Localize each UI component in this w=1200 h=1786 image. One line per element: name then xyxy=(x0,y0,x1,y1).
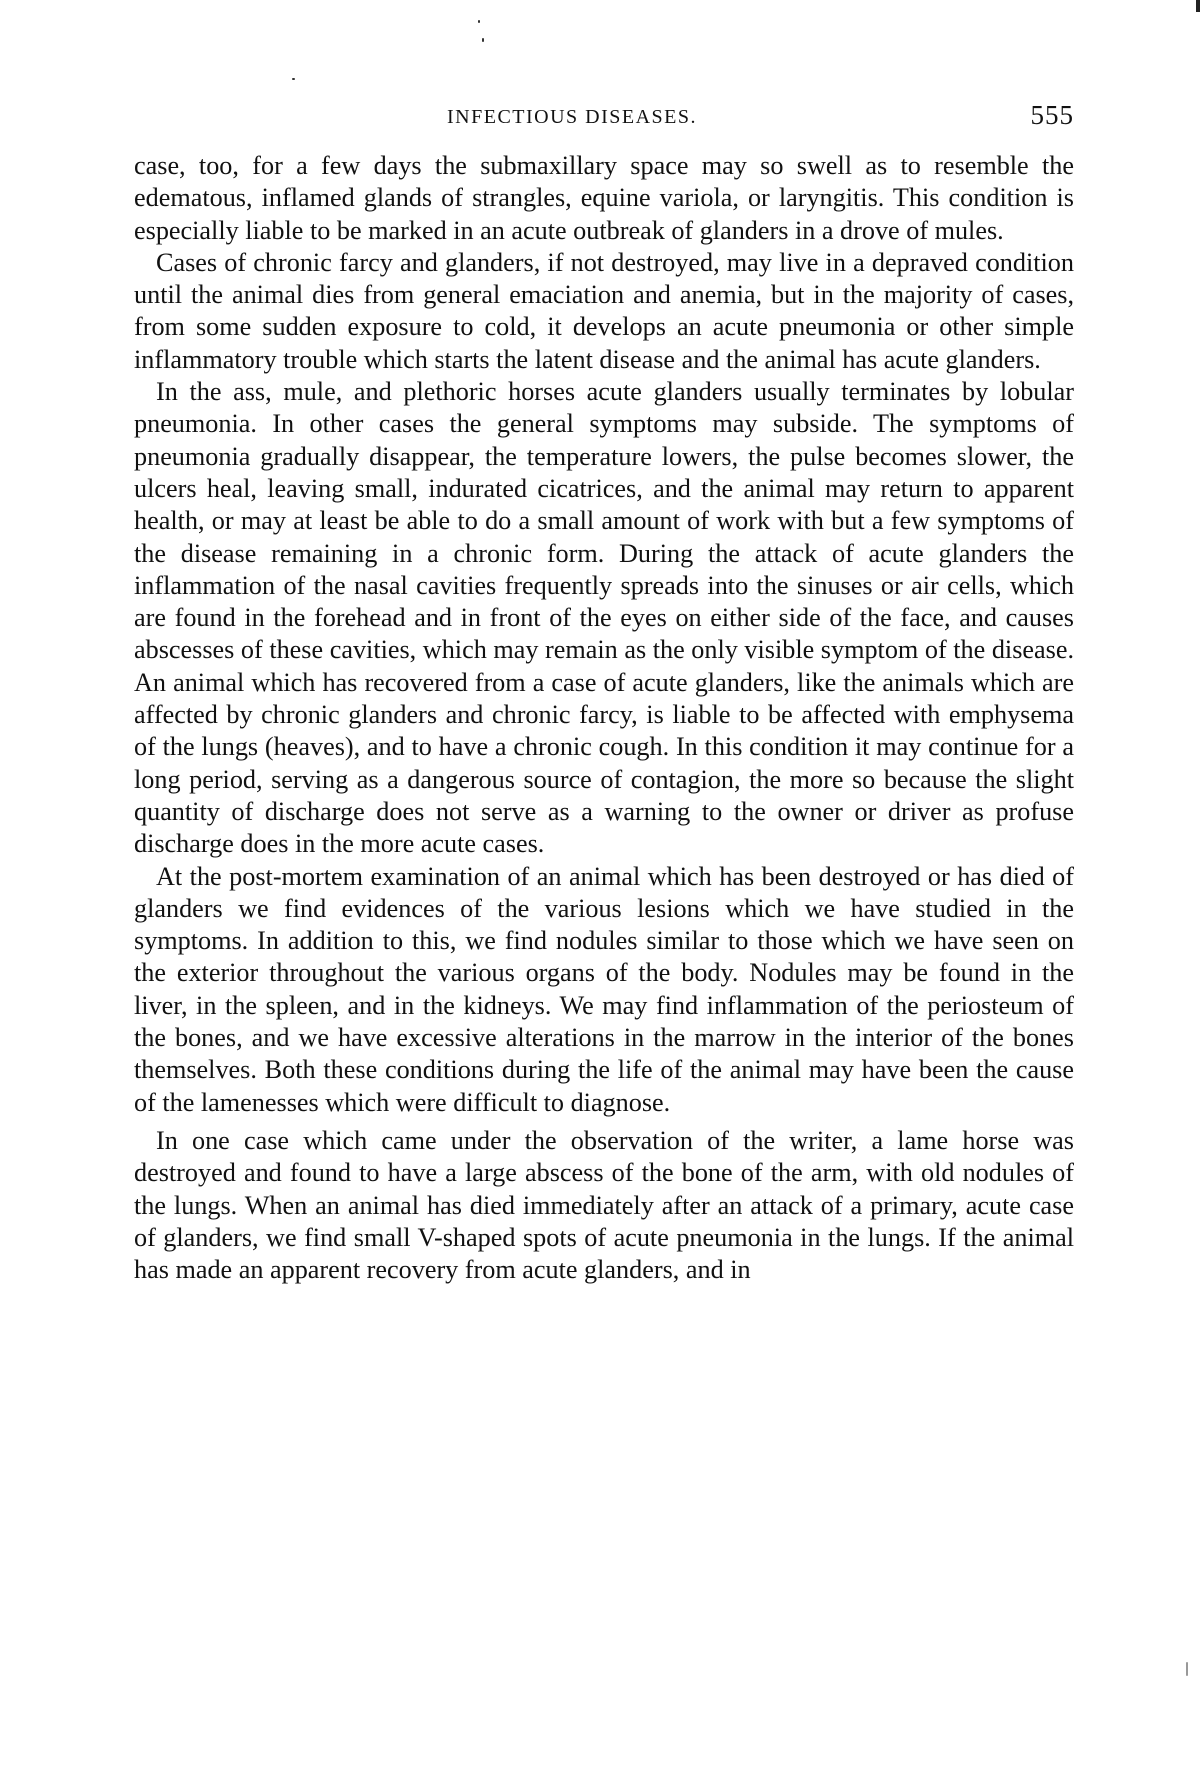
page-header: INFECTIOUS DISEASES. 555 xyxy=(130,100,1074,140)
scan-edge-mark xyxy=(1196,0,1200,12)
scan-speck xyxy=(478,20,480,23)
body-text: case, too, for a few days the submaxilla… xyxy=(134,150,1074,1286)
paragraph-acute-glanders-termination: In the ass, mule, and plethoric horses a… xyxy=(134,376,1074,860)
scan-speck xyxy=(292,78,295,80)
running-head: INFECTIOUS DISEASES. xyxy=(447,106,697,129)
page-number: 555 xyxy=(1031,100,1075,131)
paragraph-post-mortem: At the post-mortem examination of an ani… xyxy=(134,861,1074,1119)
scan-speck xyxy=(1186,1662,1188,1676)
paragraph-continuation: case, too, for a few days the submaxilla… xyxy=(134,150,1074,247)
scan-speck xyxy=(482,38,484,42)
paragraph-case-observation: In one case which came under the observa… xyxy=(134,1125,1074,1286)
paragraph-chronic-farcy: Cases of chronic farcy and glanders, if … xyxy=(134,247,1074,376)
document-page: INFECTIOUS DISEASES. 555 case, too, for … xyxy=(0,0,1200,1786)
